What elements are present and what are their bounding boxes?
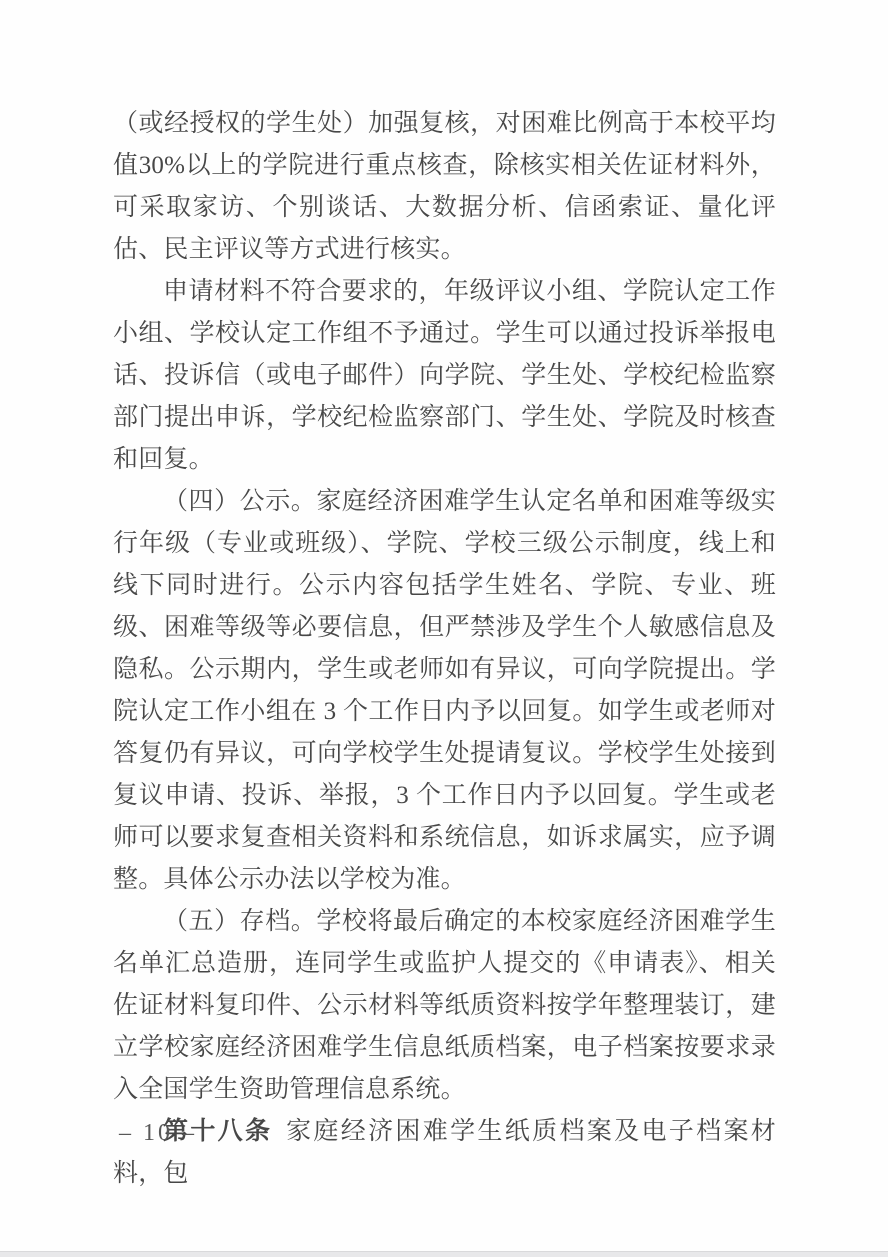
body-paragraph: （五）存档。学校将最后确定的本校家庭经济困难学生名单汇总造册，连同学生或监护人提… [113, 901, 776, 1111]
article-paragraph: 第十八条家庭经济困难学生纸质档案及电子档案材料，包 [113, 1111, 776, 1195]
body-paragraph: 申请材料不符合要求的，年级评议小组、学院认定工作小组、学校认定工作组不予通过。学… [113, 271, 776, 481]
document-page: （或经授权的学生处）加强复核，对困难比例高于本校平均值30%以上的学院进行重点核… [0, 0, 888, 1257]
page-footer: – 10 – [119, 1120, 197, 1147]
scan-edge-strip [0, 1251, 888, 1257]
body-paragraph: （或经授权的学生处）加强复核，对困难比例高于本校平均值30%以上的学院进行重点核… [113, 103, 776, 271]
document-body: （或经授权的学生处）加强复核，对困难比例高于本校平均值30%以上的学院进行重点核… [113, 103, 776, 1195]
body-paragraph: （四）公示。家庭经济困难学生认定名单和困难等级实行年级（专业或班级）、学院、学校… [113, 481, 776, 901]
page-number: – 10 – [119, 1120, 197, 1146]
